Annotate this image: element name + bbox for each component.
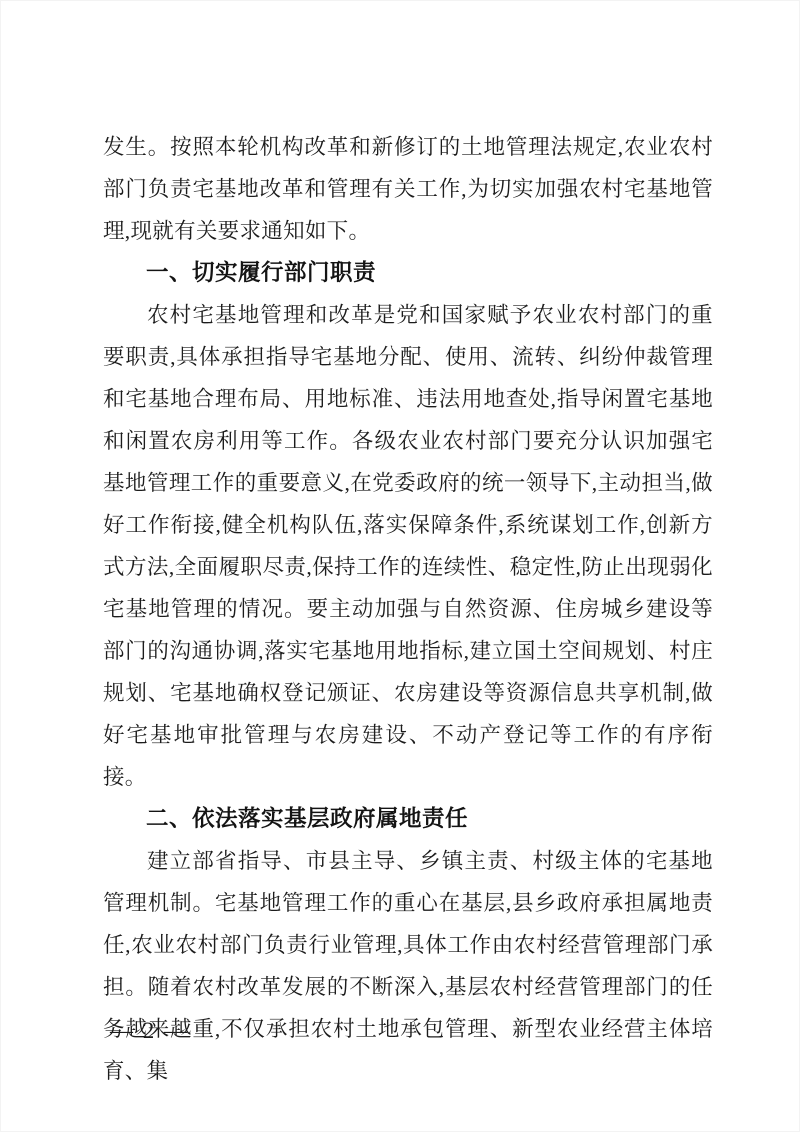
section-1-heading: 一、切实履行部门职责 [103,252,713,294]
document-page: 发生。按照本轮机构改革和新修订的土地管理法规定,农业农村部门负责宅基地改革和管理… [0,0,800,1132]
section-1-paragraph: 农村宅基地管理和改革是党和国家赋予农业农村部门的重要职责,具体承担指导宅基地分配… [103,294,713,798]
intro-paragraph: 发生。按照本轮机构改革和新修订的土地管理法规定,农业农村部门负责宅基地改革和管理… [103,126,713,252]
page-number: — 2 — [110,1016,189,1046]
section-2-heading: 二、依法落实基层政府属地责任 [103,798,713,840]
section-2-paragraph: 建立部省指导、市县主导、乡镇主责、村级主体的宅基地管理机制。宅基地管理工作的重心… [103,840,713,1092]
document-body: 发生。按照本轮机构改革和新修订的土地管理法规定,农业农村部门负责宅基地改革和管理… [103,126,713,1092]
